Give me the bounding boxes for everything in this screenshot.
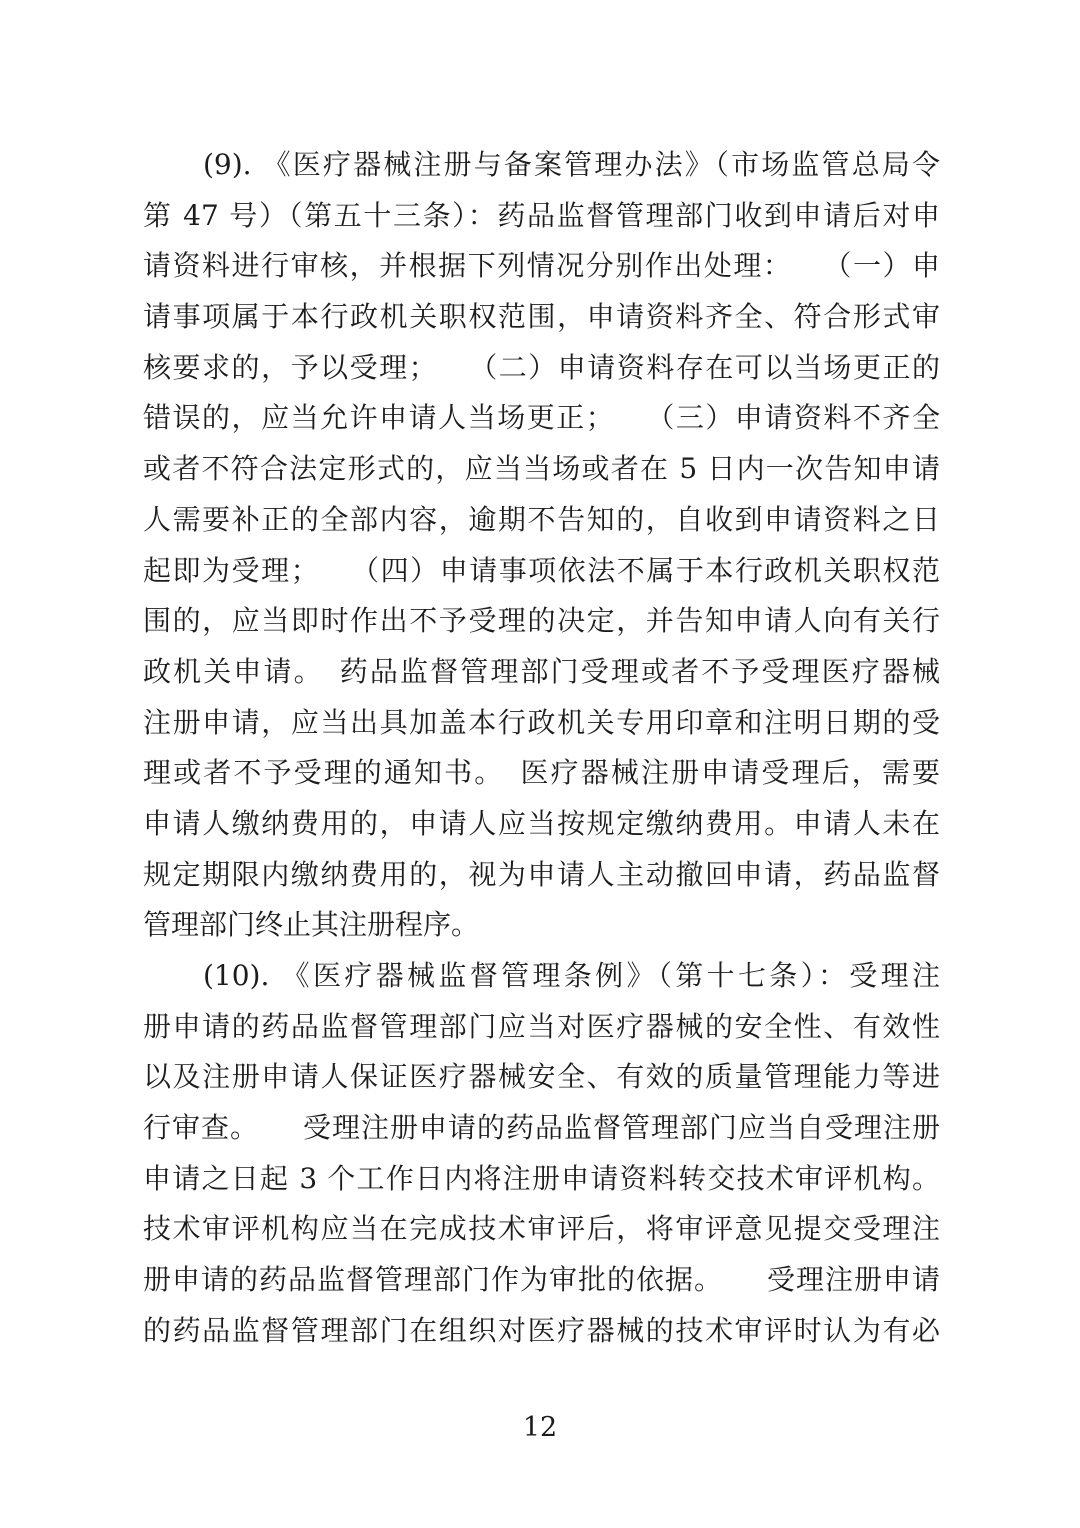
text-line: (10). 《医疗器械监督管理条例》（第十七条）：受理注 xyxy=(143,951,940,1002)
text-line: 请资料进行审核，并根据下列情况分别作出处理： （一）申 xyxy=(143,241,940,292)
text-line: 第 47 号）（第五十三条）：药品监督管理部门收到申请后对申 xyxy=(143,191,940,242)
paragraph-item-9: (9). 《医疗器械注册与备案管理办法》（市场监管总局令 第 47 号）（第五十… xyxy=(143,140,940,951)
text-line: 册申请的药品监督管理部门作为审批的依据。 受理注册申请 xyxy=(143,1255,940,1306)
text-line: 人需要补正的全部内容，逾期不告知的，自收到申请资料之日 xyxy=(143,495,940,546)
text-line: 注册申请，应当出具加盖本行政机关专用印章和注明日期的受 xyxy=(143,698,940,749)
text-line: 的药品监督管理部门在组织对医疗器械的技术审评时认为有必 xyxy=(143,1306,940,1357)
text-line: 理或者不予受理的通知书。 医疗器械注册申请受理后，需要 xyxy=(143,748,940,799)
text-line: 起即为受理； （四）申请事项依法不属于本行政机关职权范 xyxy=(143,546,940,597)
text-line: 行审查。 受理注册申请的药品监督管理部门应当自受理注册 xyxy=(143,1103,940,1154)
document-page: (9). 《医疗器械注册与备案管理办法》（市场监管总局令 第 47 号）（第五十… xyxy=(0,0,1080,1528)
text-line: 以及注册申请人保证医疗器械安全、有效的质量管理能力等进 xyxy=(143,1052,940,1103)
text-line: 册申请的药品监督管理部门应当对医疗器械的安全性、有效性 xyxy=(143,1002,940,1053)
text-block: (9). 《医疗器械注册与备案管理办法》（市场监管总局令 第 47 号）（第五十… xyxy=(143,140,940,1357)
text-line: 规定期限内缴纳费用的，视为申请人主动撤回申请，药品监督 xyxy=(143,850,940,901)
text-line: 申请之日起 3 个工作日内将注册申请资料转交技术审评机构。 xyxy=(143,1154,940,1205)
text-line: (9). 《医疗器械注册与备案管理办法》（市场监管总局令 xyxy=(143,140,940,191)
text-line: 请事项属于本行政机关职权范围，申请资料齐全、符合形式审 xyxy=(143,292,940,343)
paragraph-item-10: (10). 《医疗器械监督管理条例》（第十七条）：受理注 册申请的药品监督管理部… xyxy=(143,951,940,1357)
text-line: 申请人缴纳费用的，申请人应当按规定缴纳费用。申请人未在 xyxy=(143,799,940,850)
text-line: 政机关申请。 药品监督管理部门受理或者不予受理医疗器械 xyxy=(143,647,940,698)
text-line: 技术审评机构应当在完成技术审评后，将审评意见提交受理注 xyxy=(143,1204,940,1255)
page-number: 12 xyxy=(0,1408,1080,1448)
text-line: 管理部门终止其注册程序。 xyxy=(143,900,940,951)
text-line: 围的，应当即时作出不予受理的决定，并告知申请人向有关行 xyxy=(143,596,940,647)
text-line: 核要求的，予以受理； （二）申请资料存在可以当场更正的 xyxy=(143,343,940,394)
text-line: 或者不符合法定形式的，应当当场或者在 5 日内一次告知申请 xyxy=(143,444,940,495)
text-line: 错误的，应当允许申请人当场更正； （三）申请资料不齐全 xyxy=(143,393,940,444)
